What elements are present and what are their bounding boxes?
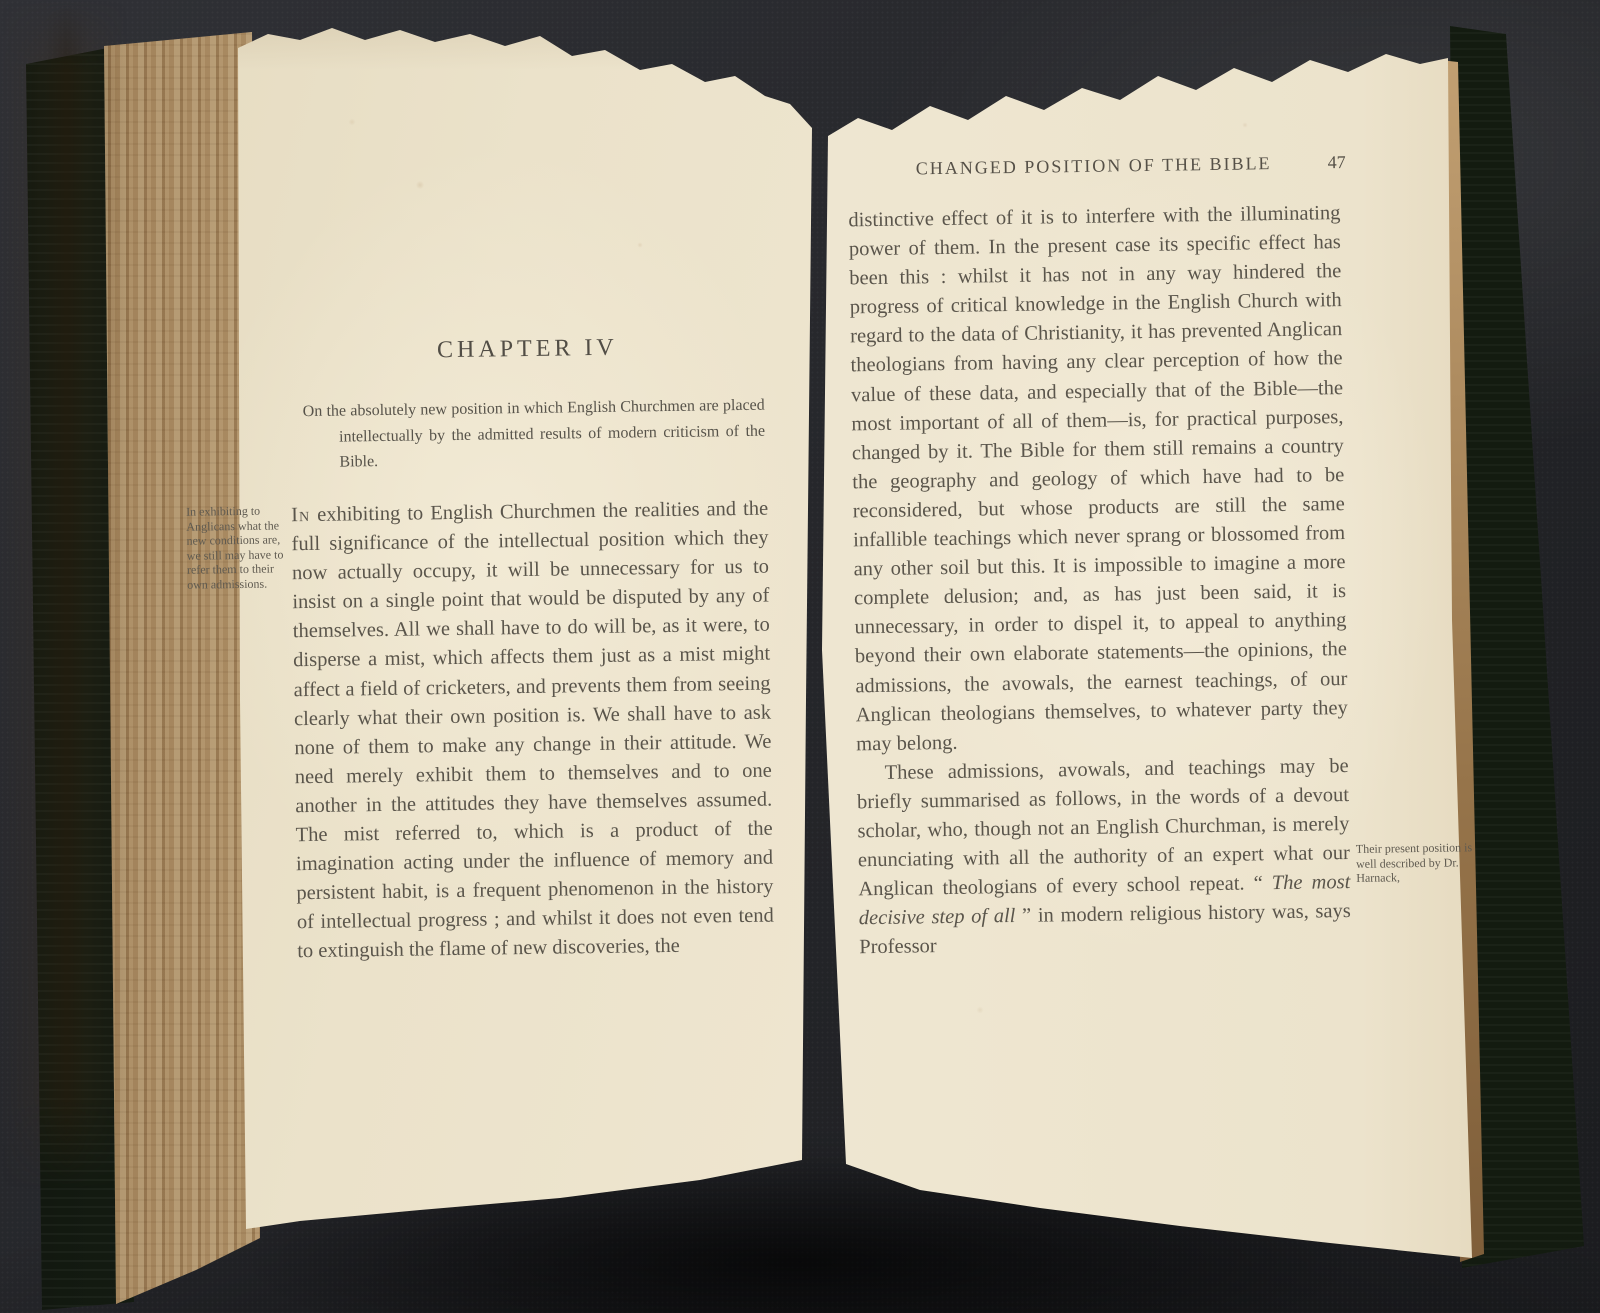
left-margin-note: In exhibiting to Anglicans what the new …	[186, 503, 289, 591]
book-photo: { "colors": { "desk_background": "#26272…	[0, 0, 1600, 1313]
right-page-body: distinctive effect of it is to interfere…	[848, 199, 1351, 963]
chapter-heading: CHAPTER IV	[289, 333, 766, 367]
page-number: 47	[1327, 152, 1345, 173]
left-body-paragraph: In exhibiting to English Churchmen the r…	[291, 495, 774, 967]
right-page-content: CHANGED POSITION OF THE BIBLE 47 distinc…	[806, 40, 1489, 1280]
running-header-title: CHANGED POSITION OF THE BIBLE	[848, 152, 1340, 180]
left-body-text: exhibiting to English Churchmen the real…	[291, 498, 774, 963]
left-page-body: In exhibiting to English Churchmen the r…	[291, 495, 774, 967]
left-page-content: CHAPTER IV On the absolutely new positio…	[229, 24, 821, 1262]
chapter-subtitle: On the absolutely new position in which …	[303, 393, 766, 476]
right-margin-note: Their present position is well described…	[1356, 840, 1475, 885]
lead-word: In	[291, 504, 310, 526]
right-body-paragraph-2: These admissions, avowals, and teachings…	[856, 752, 1351, 963]
right-body-paragraph-1: distinctive effect of it is to interfere…	[848, 199, 1348, 759]
running-header: CHANGED POSITION OF THE BIBLE 47	[848, 152, 1340, 185]
